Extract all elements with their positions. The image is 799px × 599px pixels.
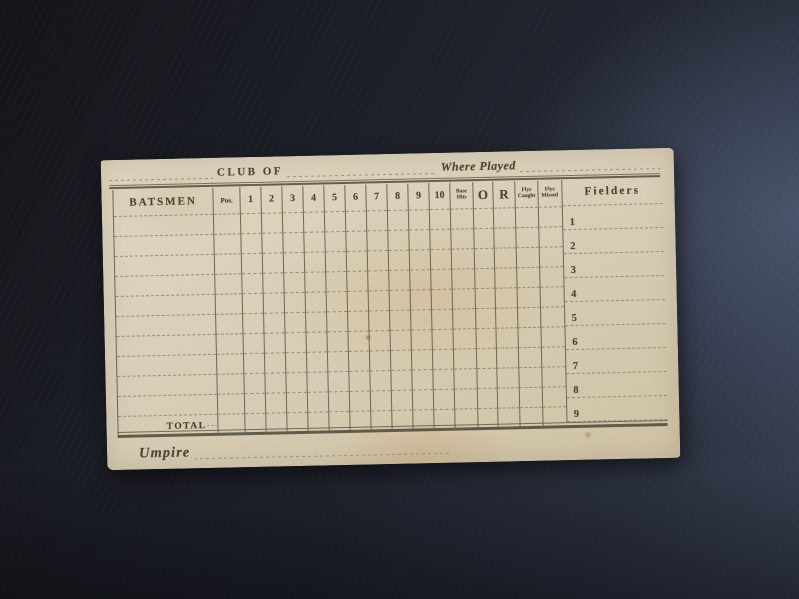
score-cell xyxy=(242,273,263,293)
score-cell xyxy=(453,308,476,328)
score-cell xyxy=(265,372,286,392)
leader-dash xyxy=(109,178,213,181)
score-cell xyxy=(216,333,243,354)
batsman-name-cell xyxy=(116,314,216,336)
score-cell xyxy=(286,392,307,412)
score-cell xyxy=(327,351,348,371)
score-cell xyxy=(493,207,515,227)
score-cell xyxy=(369,350,390,370)
score-cell xyxy=(285,312,306,332)
score-cell xyxy=(347,270,368,290)
score-cell xyxy=(541,326,564,346)
score-cell xyxy=(477,368,497,388)
score-cell xyxy=(388,250,409,270)
score-cell xyxy=(433,389,454,409)
score-cell xyxy=(324,211,345,231)
club-of-label: CLUB OF xyxy=(217,163,283,181)
score-cell xyxy=(370,370,391,390)
score-cell xyxy=(519,367,542,387)
fielder-row: 8 xyxy=(566,372,667,398)
score-cell xyxy=(240,213,261,233)
score-cell xyxy=(213,213,240,234)
score-cell xyxy=(517,267,540,287)
total-leader-dash xyxy=(207,424,216,425)
fielder-row: 6 xyxy=(565,324,666,350)
flys-missed-header: Flys Missed xyxy=(538,180,562,206)
score-cell xyxy=(516,227,539,247)
flys-caught-line2: Caught xyxy=(516,194,536,200)
inning-2-header: 2 xyxy=(261,186,283,212)
score-cell xyxy=(409,249,430,269)
score-cell xyxy=(495,307,517,327)
score-cell xyxy=(410,289,431,309)
score-cell xyxy=(215,293,242,314)
score-cell xyxy=(216,313,243,334)
fielder-row: 7 xyxy=(565,348,666,374)
score-cell xyxy=(451,228,474,248)
flys-missed-line2: Missed xyxy=(539,193,560,199)
score-cell xyxy=(285,332,306,352)
score-cell xyxy=(409,229,430,249)
score-cell xyxy=(390,330,411,350)
score-cell xyxy=(430,249,451,269)
score-cell xyxy=(265,392,286,412)
score-cell xyxy=(390,350,411,370)
score-cell xyxy=(452,268,475,288)
score-cell xyxy=(284,292,305,312)
score-cell xyxy=(241,233,262,253)
score-cell xyxy=(391,370,412,390)
score-cell xyxy=(261,212,282,232)
batsman-name-cell xyxy=(116,334,216,356)
score-cell xyxy=(474,248,494,268)
score-cell xyxy=(369,310,390,330)
score-cell xyxy=(326,291,347,311)
batsman-name-cell xyxy=(113,214,213,236)
score-cell xyxy=(243,313,264,333)
club-of-fill-line xyxy=(287,173,437,177)
score-cell xyxy=(264,332,285,352)
inning-9-header: 9 xyxy=(408,183,430,209)
fielder-row: 9 xyxy=(566,396,667,422)
score-cell xyxy=(243,333,264,353)
score-cell xyxy=(242,293,263,313)
score-cell xyxy=(495,287,517,307)
batsman-name-cell xyxy=(116,354,216,376)
score-cell xyxy=(451,248,474,268)
score-cell xyxy=(542,386,565,406)
score-cell xyxy=(388,230,409,250)
score-cell xyxy=(497,387,519,407)
fielders-panel: Fielders 123456789 xyxy=(561,178,668,422)
score-cell xyxy=(477,388,497,408)
inning-5-header: 5 xyxy=(324,185,346,211)
score-cell xyxy=(539,246,562,266)
score-cell xyxy=(540,286,563,306)
score-cell xyxy=(366,210,387,230)
score-cell xyxy=(304,251,325,271)
umpire-strip: Umpire xyxy=(139,439,449,464)
batsman-name-cell xyxy=(117,374,217,396)
score-cell xyxy=(263,292,284,312)
score-cell xyxy=(412,389,433,409)
score-cell xyxy=(263,272,284,292)
score-cell xyxy=(367,250,388,270)
score-cell xyxy=(307,391,328,411)
fielder-number: 9 xyxy=(567,409,580,421)
score-cell xyxy=(328,391,349,411)
score-cell xyxy=(244,393,265,413)
batsman-name-cell xyxy=(114,234,214,256)
score-cell xyxy=(476,328,496,348)
fielder-number: 7 xyxy=(566,361,579,373)
score-cell xyxy=(454,388,477,408)
fielder-row: 4 xyxy=(564,276,665,302)
outs-header: O xyxy=(473,182,494,208)
score-cell xyxy=(368,290,389,310)
fielder-row: 3 xyxy=(563,252,664,278)
batsman-name-cell xyxy=(117,394,217,416)
score-cell xyxy=(412,369,433,389)
score-cell xyxy=(303,211,324,231)
score-cell xyxy=(431,289,452,309)
score-cell xyxy=(473,208,493,228)
fielder-row: 1 xyxy=(562,204,663,230)
score-cell xyxy=(349,370,370,390)
fielder-number: 3 xyxy=(564,265,577,277)
score-cell xyxy=(262,232,283,252)
score-cell xyxy=(244,373,265,393)
score-cell xyxy=(432,309,453,329)
score-cell xyxy=(216,353,243,374)
score-cell xyxy=(452,288,475,308)
score-cell xyxy=(214,253,241,274)
score-cell xyxy=(367,230,388,250)
score-cell xyxy=(539,226,562,246)
fielder-number: 4 xyxy=(564,289,577,301)
score-sheet: BATSMEN Pos. 1 2 3 4 5 6 7 8 9 10 Base xyxy=(112,178,667,432)
runs-header: R xyxy=(493,181,516,207)
score-cell xyxy=(494,227,516,247)
fielder-number: 1 xyxy=(563,217,576,229)
inning-7-header: 7 xyxy=(366,184,388,210)
score-cell xyxy=(283,232,304,252)
score-cell xyxy=(496,347,518,367)
score-cell xyxy=(327,311,348,331)
score-cell xyxy=(390,310,411,330)
vintage-baseball-scorecard: CLUB OF Where Played BATSMEN Pos. 1 xyxy=(101,148,681,470)
score-cell xyxy=(369,330,390,350)
score-cell xyxy=(214,233,241,254)
score-cell xyxy=(345,211,366,231)
inning-4-header: 4 xyxy=(303,185,325,211)
score-cell xyxy=(304,231,325,251)
score-cell xyxy=(476,348,496,368)
score-cell xyxy=(387,210,408,230)
score-cell xyxy=(217,373,244,394)
score-cell xyxy=(286,372,307,392)
score-cell xyxy=(347,290,368,310)
score-cell xyxy=(517,287,540,307)
fielders-header: Fielders xyxy=(562,178,663,206)
flys-caught-header: Flys Caught xyxy=(515,181,539,207)
score-cell xyxy=(450,208,473,228)
score-cell xyxy=(306,351,327,371)
score-cell xyxy=(411,349,432,369)
score-cell xyxy=(431,269,452,289)
score-cell xyxy=(348,330,369,350)
score-cell xyxy=(411,329,432,349)
fielder-number: 8 xyxy=(566,385,579,397)
score-cell xyxy=(282,212,303,232)
score-cell xyxy=(328,371,349,391)
score-cell xyxy=(453,348,476,368)
fielder-number: 5 xyxy=(565,313,578,325)
score-cell xyxy=(474,228,494,248)
score-cell xyxy=(432,329,453,349)
score-cell xyxy=(217,393,244,414)
base-hits-line2: Hits xyxy=(451,195,471,201)
score-cell xyxy=(285,352,306,372)
score-cell xyxy=(408,209,429,229)
base-hits-header: Base Hits xyxy=(450,182,474,208)
batsman-name-cell xyxy=(114,254,214,276)
umpire-fill-line xyxy=(194,453,449,460)
score-cell xyxy=(307,371,328,391)
inning-3-header: 3 xyxy=(282,186,304,212)
score-cell xyxy=(346,230,367,250)
score-cell xyxy=(519,387,542,407)
score-cell xyxy=(517,307,540,327)
score-cell xyxy=(538,206,561,226)
score-cell xyxy=(325,231,346,251)
score-cell xyxy=(368,270,389,290)
score-cell xyxy=(518,347,541,367)
score-cell xyxy=(475,268,495,288)
batsman-name-cell xyxy=(115,294,215,316)
score-cell xyxy=(495,267,517,287)
inning-10-header: 10 xyxy=(429,183,451,209)
score-cell xyxy=(410,269,431,289)
score-cell xyxy=(391,390,412,410)
score-cell xyxy=(326,271,347,291)
score-cell xyxy=(494,247,516,267)
score-cell xyxy=(389,290,410,310)
score-cell xyxy=(264,352,285,372)
score-cell xyxy=(429,209,450,229)
score-cell xyxy=(241,253,262,273)
score-cell xyxy=(540,266,563,286)
score-cell xyxy=(215,273,242,294)
score-cell xyxy=(306,311,327,331)
fielder-number: 2 xyxy=(563,241,576,253)
fielder-number: 6 xyxy=(565,337,578,349)
score-cell xyxy=(411,309,432,329)
score-cell xyxy=(389,270,410,290)
where-played-fill-line xyxy=(520,168,660,172)
score-cell xyxy=(348,350,369,370)
inning-6-header: 6 xyxy=(345,185,367,211)
score-cell xyxy=(542,366,565,386)
score-cell xyxy=(432,349,453,369)
batsmen-header: BATSMEN xyxy=(113,188,214,216)
score-cell xyxy=(243,353,264,373)
score-cell xyxy=(262,252,283,272)
score-cell xyxy=(453,328,476,348)
score-cell xyxy=(476,308,496,328)
score-cell xyxy=(370,390,391,410)
score-cell xyxy=(475,288,495,308)
fielder-row: 2 xyxy=(563,228,664,254)
fielder-row: 5 xyxy=(564,300,665,326)
score-cell xyxy=(433,369,454,389)
score-cell xyxy=(515,207,538,227)
score-cell xyxy=(518,327,541,347)
umpire-label: Umpire xyxy=(139,444,190,463)
score-cell xyxy=(284,272,305,292)
position-header: Pos. xyxy=(213,187,241,214)
photo-background: CLUB OF Where Played BATSMEN Pos. 1 xyxy=(0,0,799,599)
batsmen-score-table: BATSMEN Pos. 1 2 3 4 5 6 7 8 9 10 Base xyxy=(112,180,566,434)
inning-1-header: 1 xyxy=(240,187,262,213)
score-cell xyxy=(283,252,304,272)
score-cell xyxy=(348,310,369,330)
score-cell xyxy=(346,250,367,270)
where-played-label: Where Played xyxy=(441,158,516,177)
score-cell xyxy=(327,331,348,351)
score-cell xyxy=(541,346,564,366)
score-cell xyxy=(325,251,346,271)
score-cell xyxy=(430,229,451,249)
score-cell xyxy=(305,271,326,291)
score-cell xyxy=(496,327,518,347)
score-cell xyxy=(497,367,519,387)
inning-8-header: 8 xyxy=(387,184,409,210)
score-cell xyxy=(540,306,563,326)
score-cell xyxy=(305,291,326,311)
score-cell xyxy=(454,368,477,388)
score-cell xyxy=(516,247,539,267)
score-cell xyxy=(264,312,285,332)
fielders-rows: 123456789 xyxy=(562,204,667,422)
score-cell xyxy=(306,331,327,351)
batsman-name-cell xyxy=(115,274,215,296)
score-cell xyxy=(349,390,370,410)
